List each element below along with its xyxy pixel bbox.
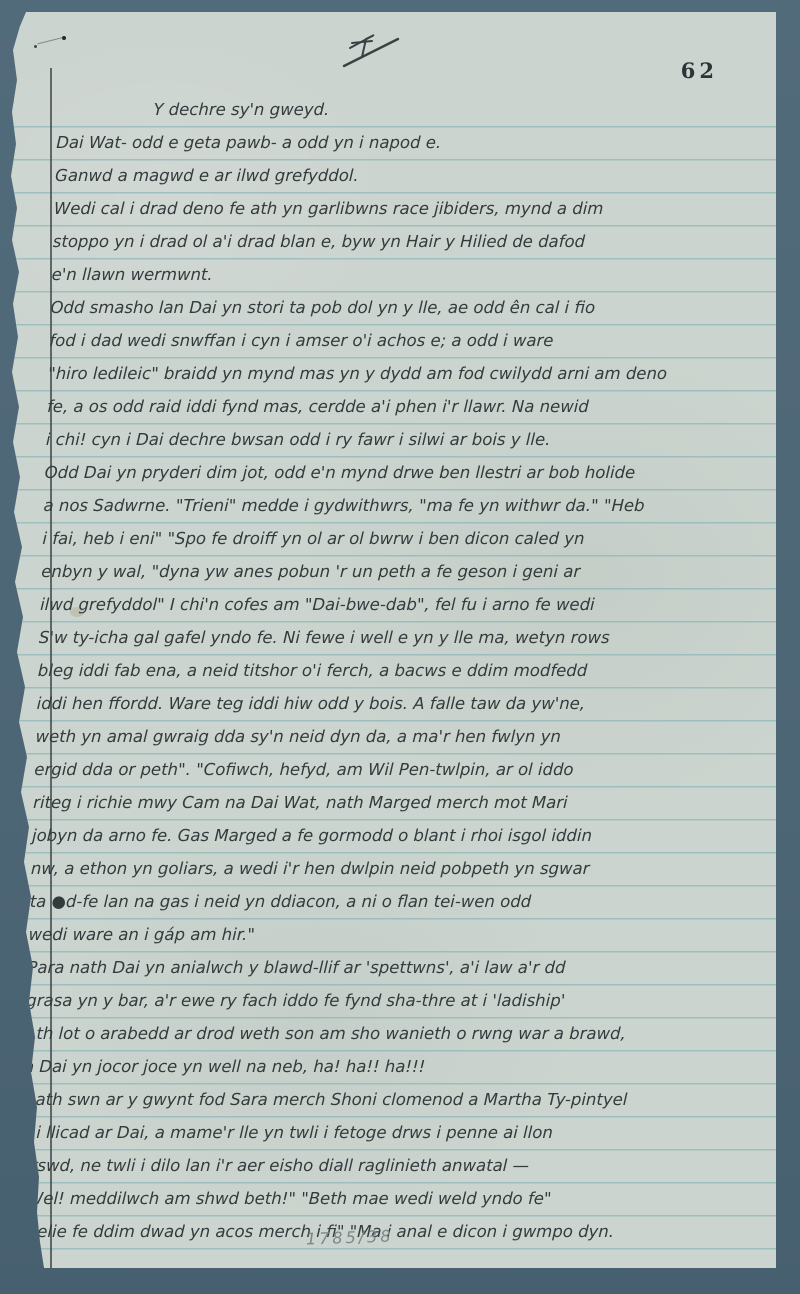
- scratch-mark: [37, 37, 64, 45]
- handwritten-line: Odd smasho lan Dai yn stori ta pob dol y…: [50, 291, 759, 324]
- archive-reference: 1785/38: [306, 1226, 394, 1248]
- page-number: 62: [681, 58, 718, 83]
- scanned-manuscript-page: 62 Y dechre sy'n gweyd. Dai Wat- odd e g…: [0, 0, 800, 1294]
- handwritten-line: fe, a os odd raid iddi fynd mas, cerdde …: [46, 390, 755, 423]
- handwritten-line: "hiro ledileic" braidd yn mynd mas yn y …: [48, 357, 757, 390]
- handwritten-line: riteg i richie mwy Cam na Dai Wat, nath …: [33, 786, 742, 819]
- handwritten-line: nw, a ethon yn goliars, a wedi i'r hen d…: [30, 852, 739, 885]
- handwritten-line: enbyn y wal, "dyna yw anes pobun 'r un p…: [41, 555, 750, 588]
- handwritten-line: "Wel! meddilwch am shwd beth!" "Beth mae…: [19, 1182, 728, 1215]
- handwritten-line: a'i llicad ar Dai, a mame'r lle yn twli …: [21, 1116, 730, 1149]
- handwritten-line: ta ●d-fe lan na gas i neid yn ddiacon, a…: [29, 885, 738, 918]
- handwritten-line: ergid dda or peth". "Cofiwch, hefyd, am …: [34, 753, 743, 786]
- handwritten-line: weth yn amal gwraig dda sy'n neid dyn da…: [35, 720, 744, 753]
- manuscript-title: Y dechre sy'n gweyd.: [57, 93, 766, 126]
- handwritten-line: Dath swn ar y gwynt fod Sara merch Shoni…: [22, 1083, 731, 1116]
- handwritten-line: bleg iddi fab ena, a neid titshor o'i fe…: [37, 654, 746, 687]
- handwritten-line: fod i dad wedi snwffan i cyn i amser o'i…: [49, 324, 758, 357]
- handwritten-line: stoppo yn i drad ol a'i drad blan e, byw…: [52, 225, 761, 258]
- handwritten-line: Dai Wat- odd e geta pawb- a odd yn i nap…: [56, 126, 765, 159]
- handwritten-line: arswd, ne twli i dilo lan i'r aer eisho …: [20, 1149, 729, 1182]
- handwritten-line: jobyn da arno fe. Gas Marged a fe gormod…: [31, 819, 740, 852]
- handwritten-line: a nos Sadwrne. "Trieni" medde i gydwithw…: [43, 489, 752, 522]
- handwritten-line: i fai, heb i eni" "Spo fe droiff yn ol a…: [42, 522, 751, 555]
- handwritten-line: wedi ware an i gáp am hir.": [28, 918, 737, 951]
- manuscript-body: Dai Wat- odd e geta pawb- a odd yn i nap…: [18, 126, 765, 1248]
- handwritten-line: iddi hen ffordd. Ware teg iddi hiw odd y…: [36, 687, 745, 720]
- handwritten-line: Ath lot o arabedd ar drod weth son am sh…: [25, 1017, 734, 1050]
- handwritten-line: i chi! cyn i Dai dechre bwsan odd i ry f…: [45, 423, 754, 456]
- handwritten-line: S'w ty-icha gal gafel yndo fe. Ni fewe i…: [38, 621, 747, 654]
- handwritten-line: Para nath Dai yn anialwch y blawd-llif a…: [27, 951, 736, 984]
- paper-sheet: 62 Y dechre sy'n gweyd. Dai Wat- odd e g…: [10, 12, 776, 1268]
- handwritten-line: grasa yn y bar, a'r ewe ry fach iddo fe …: [26, 984, 735, 1017]
- crossed-out-numeral-icon: [340, 26, 404, 74]
- handwritten-line: Odd Dai yn pryderi dim jot, odd e'n mynd…: [44, 456, 753, 489]
- handwritten-line: Ganwd a magwd e ar ilwd grefyddol.: [55, 159, 764, 192]
- manuscript-text: Y dechre sy'n gweyd. Dai Wat- odd e geta…: [18, 93, 766, 1248]
- handwritten-line: Wedi cal i drad deno fe ath yn garlibwns…: [53, 192, 762, 225]
- handwritten-line: a Dai yn jocor joce yn well na neb, ha! …: [23, 1050, 732, 1083]
- pin-mark-icon: [34, 45, 37, 48]
- handwritten-line: ilwd grefyddol" I chi'n cofes am "Dai-bw…: [40, 588, 749, 621]
- handwritten-line: e'n llawn wermwnt.: [51, 258, 760, 291]
